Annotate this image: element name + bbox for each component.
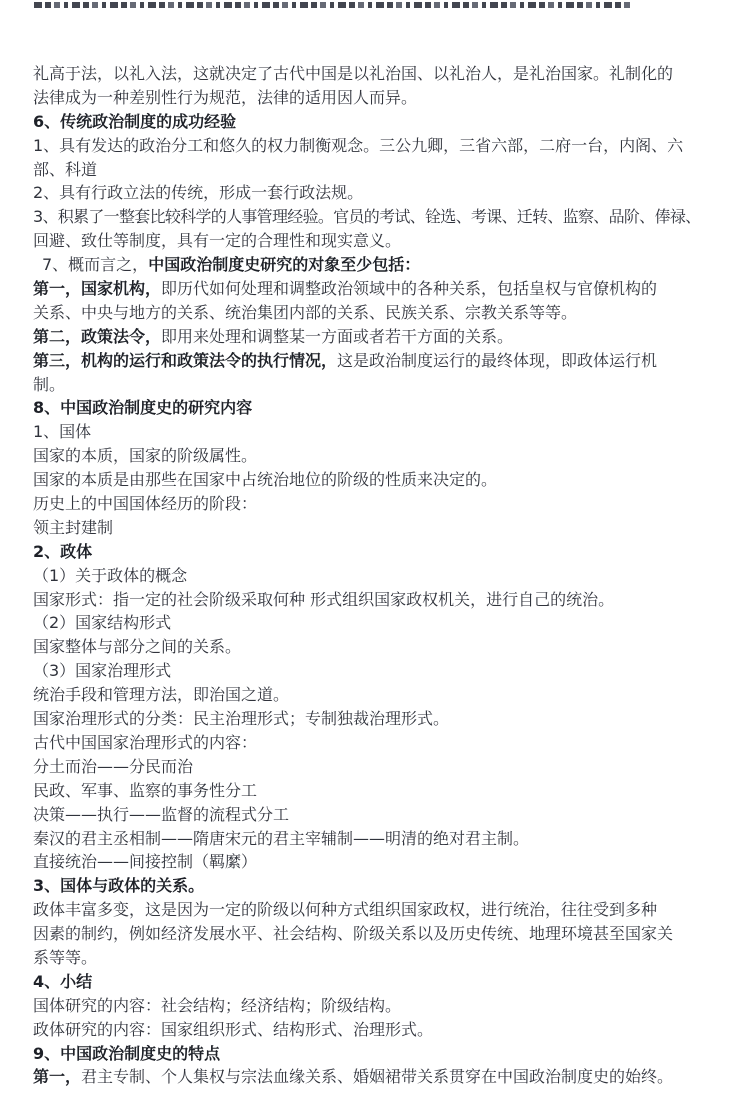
text-line: 政体研究的内容：国家组织形式、结构形式、治理形式。 <box>33 1018 700 1042</box>
text-segment: 古代中国国家治理形式的内容： <box>33 733 257 752</box>
text-line: 回避、致仕等制度，具有一定的合理性和现实意义。 <box>33 229 700 253</box>
text-line: 1、具有发达的政治分工和悠久的权力制衡观念。三公九卿，三省六部，二府一台，内阁、… <box>33 134 700 158</box>
text-line: 决策——执行——监督的流程式分工 <box>33 803 700 827</box>
text-segment: 政体丰富多变，这是因为一定的阶级以何种方式组织国家政权，进行统治，往往受到多种 <box>33 900 657 919</box>
text-segment: 2、政体 <box>33 542 92 561</box>
text-segment: 礼高于法，以礼入法，这就决定了古代中国是以礼治国、以礼治人，是礼治国家。礼制化的 <box>33 64 673 83</box>
text-line: 统治手段和管理方法，即治国之道。 <box>33 683 700 707</box>
text-line: 分土而治——分民而治 <box>33 755 700 779</box>
text-line: 直接统治——间接控制（羁縻） <box>33 850 700 874</box>
text-line: 2、具有行政立法的传统，形成一套行政法规。 <box>33 181 700 205</box>
text-line: 国家形式：指一定的社会阶级采取何种 形式组织国家政权机关，进行自己的统治。 <box>33 588 700 612</box>
text-line: 第一，国家机构，即历代如何处理和调整政治领域中的各种关系，包括皇权与官僚机构的 <box>33 277 700 301</box>
text-line: 国家的本质是由那些在国家中占统治地位的阶级的性质来决定的。 <box>33 468 700 492</box>
text-line: 民政、军事、监察的事务性分工 <box>33 779 700 803</box>
text-line: 因素的制约，例如经济发展水平、社会结构、阶级关系以及历史传统、地理环境甚至国家关 <box>33 922 700 946</box>
text-segment: 国家的本质，国家的阶级属性。 <box>33 446 257 465</box>
text-segment: 系等等。 <box>33 948 97 967</box>
text-segment: 法律成为一种差别性行为规范，法律的适用因人而异。 <box>33 88 417 107</box>
text-segment: 历史上的中国国体经历的阶段： <box>33 494 257 513</box>
text-line: 8、中国政治制度史的研究内容 <box>33 396 700 420</box>
text-segment: 第一，国家机构， <box>33 279 161 298</box>
document-body: 礼高于法，以礼入法，这就决定了古代中国是以礼治国、以礼治人，是礼治国家。礼制化的… <box>33 62 700 1089</box>
text-line: 9、中国政治制度史的特点 <box>33 1042 700 1066</box>
text-line: 国体研究的内容：社会结构；经济结构；阶级结构。 <box>33 994 700 1018</box>
text-line: 国家的本质，国家的阶级属性。 <box>33 444 700 468</box>
text-segment: 政体研究的内容：国家组织形式、结构形式、治理形式。 <box>33 1020 433 1039</box>
text-line: （2）国家结构形式 <box>33 611 700 635</box>
text-line: 关系、中央与地方的关系、统治集团内部的关系、民族关系、宗教关系等等。 <box>33 301 700 325</box>
text-line: 第三，机构的运行和政策法令的执行情况，这是政治制度运行的最终体现，即政体运行机 <box>33 349 700 373</box>
text-line: 历史上的中国国体经历的阶段： <box>33 492 700 516</box>
text-segment: 统治手段和管理方法，即治国之道。 <box>33 685 289 704</box>
text-line: 部、科道 <box>33 158 700 182</box>
text-segment: 8、中国政治制度史的研究内容 <box>33 398 252 417</box>
text-segment: 9、中国政治制度史的特点 <box>33 1044 220 1063</box>
text-segment: 即用来处理和调整某一方面或者若干方面的关系。 <box>161 327 513 346</box>
text-segment: 中国政治制度史研究的对象至少包括： <box>148 255 420 274</box>
text-segment: 国家治理形式的分类：民主治理形式；专制独裁治理形式。 <box>33 709 449 728</box>
text-segment: 第一， <box>33 1067 81 1086</box>
text-line: 3、国体与政体的关系。 <box>33 874 700 898</box>
text-line: 3、积累了一整套比较科学的人事管理经验。官员的考试、铨选、考课、迁转、监察、品阶… <box>33 205 700 229</box>
text-line: 国家整体与部分之间的关系。 <box>33 635 700 659</box>
text-segment: （2）国家结构形式 <box>33 613 171 632</box>
text-segment: 国家的本质是由那些在国家中占统治地位的阶级的性质来决定的。 <box>33 470 497 489</box>
text-segment: 6、传统政治制度的成功经验 <box>33 112 236 131</box>
text-segment: 民政、军事、监察的事务性分工 <box>33 781 257 800</box>
text-segment: 关系、中央与地方的关系、统治集团内部的关系、民族关系、宗教关系等等。 <box>33 303 577 322</box>
text-line: 第一，君主专制、个人集权与宗法血缘关系、婚姻裙带关系贯穿在中国政治制度史的始终。 <box>33 1065 700 1089</box>
text-segment: 制。 <box>33 375 65 394</box>
text-segment: 1、国体 <box>33 422 91 441</box>
text-segment: 3、国体与政体的关系。 <box>33 876 204 895</box>
text-segment: 国家整体与部分之间的关系。 <box>33 637 241 656</box>
text-segment: 3、积累了一整套比较科学的人事管理经验。官员的考试、铨选、考课、迁转、监察、品阶… <box>33 207 700 226</box>
text-line: 6、传统政治制度的成功经验 <box>33 110 700 134</box>
text-segment: 因素的制约，例如经济发展水平、社会结构、阶级关系以及历史传统、地理环境甚至国家关 <box>33 924 673 943</box>
text-segment: 1、具有发达的政治分工和悠久的权力制衡观念。三公九卿，三省六部，二府一台，内阁、… <box>33 136 683 155</box>
text-segment: 7、概而言之， <box>42 255 148 274</box>
text-segment: 这是政治制度运行的最终体现，即政体运行机 <box>337 351 657 370</box>
text-segment: 4、小结 <box>33 972 92 991</box>
text-line: 礼高于法，以礼入法，这就决定了古代中国是以礼治国、以礼治人，是礼治国家。礼制化的 <box>33 62 700 86</box>
text-line: 1、国体 <box>33 420 700 444</box>
text-segment: 部、科道 <box>33 160 97 179</box>
text-line: 2、政体 <box>33 540 700 564</box>
text-line: （3）国家治理形式 <box>33 659 700 683</box>
text-segment: 第三，机构的运行和政策法令的执行情况， <box>33 351 337 370</box>
text-line: 7、概而言之，中国政治制度史研究的对象至少包括： <box>33 253 700 277</box>
text-segment: 秦汉的君主丞相制——隋唐宋元的君主宰辅制——明清的绝对君主制。 <box>33 829 529 848</box>
text-line: 国家治理形式的分类：民主治理形式；专制独裁治理形式。 <box>33 707 700 731</box>
text-segment: （1）关于政体的概念 <box>33 566 187 585</box>
text-segment: 即历代如何处理和调整政治领域中的各种关系，包括皇权与官僚机构的 <box>161 279 657 298</box>
text-segment: 国家形式：指一定的社会阶级采取何种 形式组织国家政权机关，进行自己的统治。 <box>33 590 614 609</box>
text-segment: 回避、致仕等制度，具有一定的合理性和现实意义。 <box>33 231 401 250</box>
text-line: 古代中国国家治理形式的内容： <box>33 731 700 755</box>
text-segment: 第二，政策法令， <box>33 327 161 346</box>
text-line: 4、小结 <box>33 970 700 994</box>
text-line: 政体丰富多变，这是因为一定的阶级以何种方式组织国家政权，进行统治，往往受到多种 <box>33 898 700 922</box>
text-segment: 直接统治——间接控制（羁縻） <box>33 852 257 871</box>
text-segment: 决策——执行——监督的流程式分工 <box>33 805 289 824</box>
document-page: 礼高于法，以礼入法，这就决定了古代中国是以礼治国、以礼治人，是礼治国家。礼制化的… <box>0 0 729 1106</box>
text-line: 秦汉的君主丞相制——隋唐宋元的君主宰辅制——明清的绝对君主制。 <box>33 827 700 851</box>
text-segment: （3）国家治理形式 <box>33 661 171 680</box>
text-segment: 国体研究的内容：社会结构；经济结构；阶级结构。 <box>33 996 401 1015</box>
text-line: 领主封建制 <box>33 516 700 540</box>
text-line: （1）关于政体的概念 <box>33 564 700 588</box>
text-segment: 2、具有行政立法的传统，形成一套行政法规。 <box>33 183 363 202</box>
text-segment: 君主专制、个人集权与宗法血缘关系、婚姻裙带关系贯穿在中国政治制度史的始终。 <box>81 1067 673 1086</box>
clipped-text-remnant <box>34 2 630 8</box>
text-line: 系等等。 <box>33 946 700 970</box>
text-line: 制。 <box>33 373 700 397</box>
text-segment: 分土而治——分民而治 <box>33 757 193 776</box>
text-line: 法律成为一种差别性行为规范，法律的适用因人而异。 <box>33 86 700 110</box>
text-segment: 领主封建制 <box>33 518 113 537</box>
text-line: 第二，政策法令，即用来处理和调整某一方面或者若干方面的关系。 <box>33 325 700 349</box>
